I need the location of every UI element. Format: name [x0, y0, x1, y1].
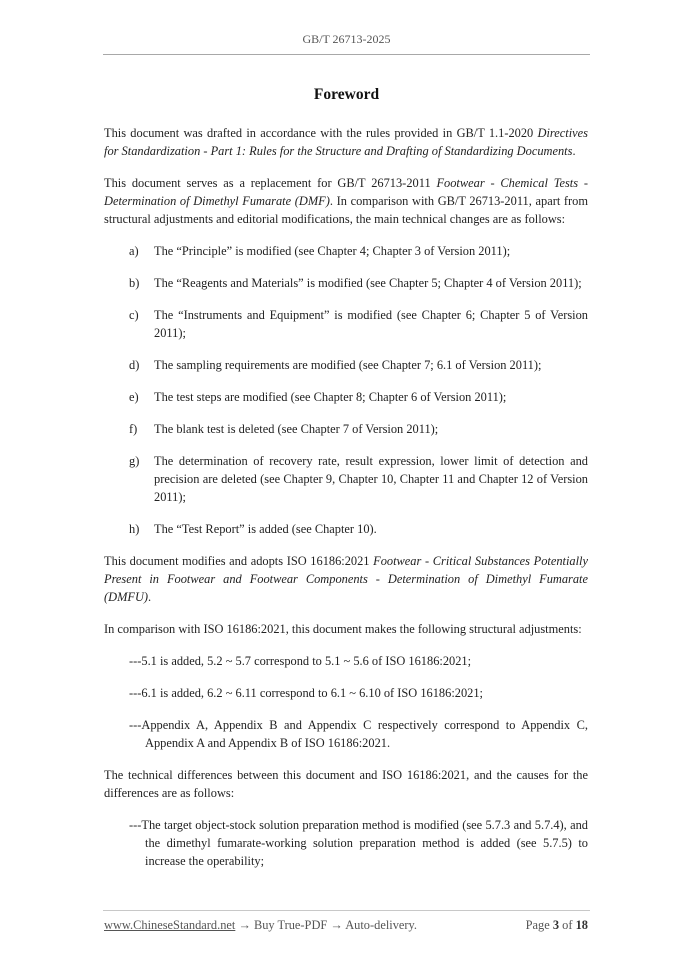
page-title: Foreword [103, 86, 590, 104]
footer-promo: www.ChineseStandard.net → Buy True-PDF →… [104, 918, 417, 933]
of-word: of [562, 918, 572, 932]
list-label: e) [129, 388, 154, 406]
text: . [148, 590, 151, 604]
page-footer: www.ChineseStandard.net → Buy True-PDF →… [104, 918, 588, 933]
delivery-text: Auto-delivery. [345, 918, 417, 932]
header-divider [103, 54, 590, 55]
list-item: d)The sampling requirements are modified… [129, 356, 588, 374]
paragraph-drafting-rules: This document was drafted in accordance … [104, 124, 588, 160]
text: . [572, 144, 575, 158]
list-text: The sampling requirements are modified (… [154, 356, 588, 374]
list-text: The “Principle” is modified (see Chapter… [154, 242, 588, 260]
paragraph-replacement: This document serves as a replacement fo… [104, 174, 588, 228]
page-number: Page 3 of 18 [526, 918, 588, 933]
paragraph-iso-adoption: This document modifies and adopts ISO 16… [104, 552, 588, 606]
list-text: The “Reagents and Materials” is modified… [154, 274, 588, 292]
arrow-right-icon: → [238, 918, 250, 932]
list-text: The blank test is deleted (see Chapter 7… [154, 420, 588, 438]
paragraph-technical-intro: The technical differences between this d… [104, 766, 588, 802]
text: This document was drafted in accordance … [104, 126, 538, 140]
structural-item: ---5.1 is added, 5.2 ~ 5.7 correspond to… [129, 652, 588, 670]
list-item: c)The “Instruments and Equipment” is mod… [129, 306, 588, 342]
list-text: The “Instruments and Equipment” is modif… [154, 306, 588, 342]
list-label: a) [129, 242, 154, 260]
footer-divider [103, 910, 590, 911]
list-item: g)The determination of recovery rate, re… [129, 452, 588, 506]
changes-list: a)The “Principle” is modified (see Chapt… [104, 242, 588, 538]
text: This document serves as a replacement fo… [104, 176, 436, 190]
list-label: g) [129, 452, 154, 506]
text: This document modifies and adopts ISO 16… [104, 554, 373, 568]
page-header-doc-id: GB/T 26713-2025 [103, 32, 590, 47]
list-item: a)The “Principle” is modified (see Chapt… [129, 242, 588, 260]
list-text: The determination of recovery rate, resu… [154, 452, 588, 506]
page-total: 18 [576, 918, 588, 932]
paragraph-structural-intro: In comparison with ISO 16186:2021, this … [104, 620, 588, 638]
list-text: The “Test Report” is added (see Chapter … [154, 520, 588, 538]
document-body: This document was drafted in accordance … [104, 124, 588, 884]
list-item: h)The “Test Report” is added (see Chapte… [129, 520, 588, 538]
list-label: h) [129, 520, 154, 538]
list-label: d) [129, 356, 154, 374]
structural-item: ---Appendix A, Appendix B and Appendix C… [129, 716, 588, 752]
list-label: c) [129, 306, 154, 342]
arrow-right-icon: → [330, 918, 342, 932]
page-current: 3 [553, 918, 559, 932]
list-item: b)The “Reagents and Materials” is modifi… [129, 274, 588, 292]
buy-text: Buy True-PDF [254, 918, 327, 932]
structural-item: ---6.1 is added, 6.2 ~ 6.11 correspond t… [129, 684, 588, 702]
technical-item: ---The target object-stock solution prep… [129, 816, 588, 870]
page-word: Page [526, 918, 550, 932]
list-item: e)The test steps are modified (see Chapt… [129, 388, 588, 406]
list-item: f)The blank test is deleted (see Chapter… [129, 420, 588, 438]
list-label: f) [129, 420, 154, 438]
list-text: The test steps are modified (see Chapter… [154, 388, 588, 406]
list-label: b) [129, 274, 154, 292]
site-link[interactable]: www.ChineseStandard.net [104, 918, 235, 932]
